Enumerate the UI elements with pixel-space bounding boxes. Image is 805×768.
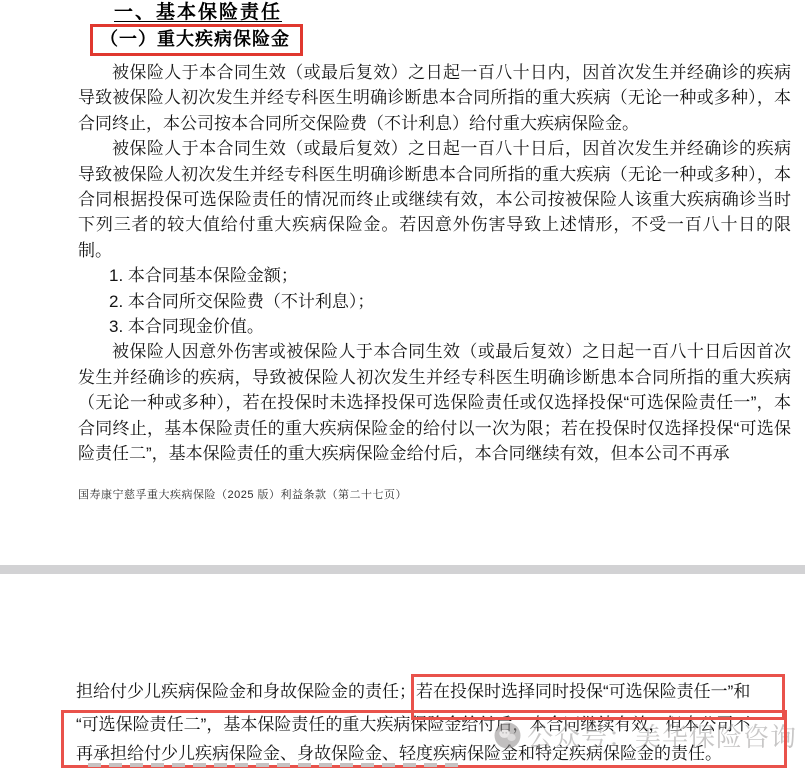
list-item-2: 2. 本合同所交保险费（不计利息）；	[78, 289, 791, 314]
document-page-top: 一、基本保险责任 （一）重大疾病保险金 被保险人于本合同生效（或最后复效）之日起…	[0, 0, 805, 565]
cutoff-text-fragment	[88, 763, 460, 767]
page-content: 一、基本保险责任 （一）重大疾病保险金 被保险人于本合同生效（或最后复效）之日起…	[78, 0, 791, 502]
paragraph-2: 被保险人于本合同生效（或最后复效）之日起一百八十日后，因首次发生并经确诊的疾病导…	[78, 136, 791, 263]
list-item-1: 1. 本合同基本保险金额；	[78, 263, 791, 288]
paragraph-3: 被保险人因意外伤害或被保险人于本合同生效（或最后复效）之日起一百八十日后因首次发…	[78, 339, 791, 466]
section-heading: 一、基本保险责任	[114, 2, 282, 23]
document-page-bottom: 公众号：美华保险咨询 担给付少儿疾病保险金和身故保险金的责任；若在投保时选择同时…	[0, 574, 805, 768]
subsection-highlight-box: （一）重大疾病保险金	[90, 24, 303, 56]
highlight-box-full-lines	[61, 710, 787, 768]
subsection-heading: （一）重大疾病保险金	[100, 29, 290, 49]
page-footer-note: 国寿康宁慈孚重大疾病保险（2025 版）利益条款（第二十七页）	[78, 486, 791, 502]
paragraph-1: 被保险人于本合同生效（或最后复效）之日起一百八十日内，因首次发生并经确诊的疾病导…	[78, 60, 791, 136]
page-separator	[0, 565, 805, 574]
list-item-3: 3. 本合同现金价值。	[78, 314, 791, 339]
